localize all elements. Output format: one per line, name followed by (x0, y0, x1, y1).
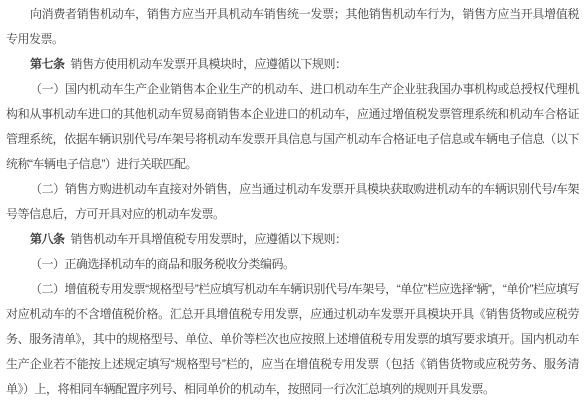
article-7-text: 销售方使用机动车发票开具模块时，应遵循以下规则： (71, 57, 347, 71)
paragraph-article-8: 第八条销售机动车开具增值税专用发票时，应遵循以下规则： (6, 227, 579, 252)
article-7-number: 第七条 (30, 57, 65, 71)
article-8-number: 第八条 (30, 232, 65, 246)
paragraph-article-8-item-1: （一）正确选择机动车的商品和服务税收分类编码。 (6, 252, 579, 277)
document-page: 向消费者销售机动车，销售方应当开具机动车销售统一发票；其他销售机动车行为，销售方… (0, 0, 587, 403)
paragraph-article-7-item-1: （一）国内机动车生产企业销售本企业生产的机动车、进口机动车生产企业驻我国办事机构… (6, 77, 579, 177)
paragraph-article-7-item-2: （二）销售方购进机动车直接对外销售，应当通过机动车发票开具模块获取购进机动车的车… (6, 177, 579, 227)
paragraph-intro: 向消费者销售机动车，销售方应当开具机动车销售统一发票；其他销售机动车行为，销售方… (6, 2, 579, 52)
paragraph-article-8-item-2: （二）增值税专用发票“规格型号”栏应填写机动车车辆识别代号/车架号，“单位”栏应… (6, 277, 579, 402)
article-8-text: 销售机动车开具增值税专用发票时，应遵循以下规则： (71, 232, 347, 246)
paragraph-article-7: 第七条销售方使用机动车发票开具模块时，应遵循以下规则： (6, 52, 579, 77)
